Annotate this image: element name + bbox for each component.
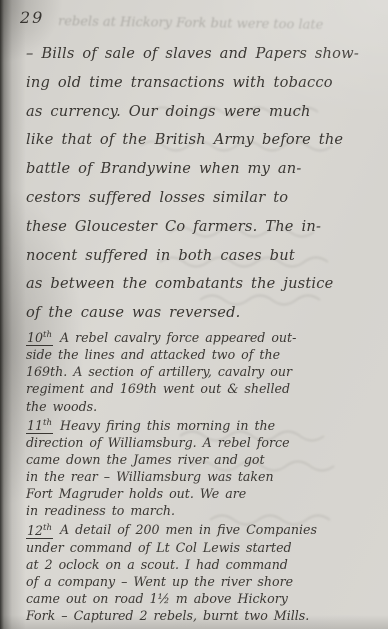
- page-number: 29: [20, 8, 44, 27]
- manuscript-line: as between the combatants the justice: [26, 270, 376, 299]
- manuscript-line: like that of the British Army before the: [26, 126, 376, 155]
- manuscript-line: as currency. Our doings were much: [26, 98, 376, 127]
- manuscript-line: cestors suffered losses similar to: [26, 184, 376, 213]
- bleedthrough-text: rebels at Hickory Fork but were too late: [58, 14, 323, 33]
- manuscript-line: came out on road 1½ m above Hickory: [26, 590, 378, 607]
- manuscript-line: Fort Magruder holds out. We are: [26, 485, 378, 502]
- manuscript-line: in readiness to march.: [26, 502, 378, 519]
- manuscript-line: – Bills of sale of slaves and Papers sho…: [26, 40, 376, 69]
- manuscript-line: nocent suffered in both cases but: [26, 242, 376, 271]
- manuscript-line: of the cause was reversed.: [26, 299, 376, 328]
- manuscript-line: in the rear – Williamsburg was taken: [26, 468, 378, 485]
- entry-day-label: 12th: [26, 523, 53, 539]
- manuscript-page: rebels at Hickory Fork but were too late…: [0, 0, 388, 629]
- diary-entries: 10thA rebel cavalry force appeared out-s…: [26, 327, 378, 624]
- manuscript-line: 10thA rebel cavalry force appeared out-: [26, 327, 378, 346]
- manuscript-line: of a company – Went up the river shore: [26, 573, 378, 590]
- entry-day-label: 11th: [26, 418, 53, 434]
- entry-day-label: 10th: [26, 330, 53, 346]
- manuscript-line: at 2 oclock on a scout. I had command: [26, 556, 378, 573]
- manuscript-line: ing old time transactions with tobacco: [26, 69, 376, 98]
- manuscript-line: 11thHeavy firing this morning in the: [26, 415, 378, 434]
- manuscript-line: direction of Williamsburg. A rebel force: [26, 434, 378, 451]
- manuscript-line: Fork – Captured 2 rebels, burnt two Mill…: [26, 607, 378, 624]
- manuscript-line: battle of Brandywine when my an-: [26, 155, 376, 184]
- manuscript-line: regiment and 169th went out & shelled: [26, 380, 378, 397]
- manuscript-line: came down the James river and got: [26, 451, 378, 468]
- manuscript-line: these Gloucester Co farmers. The in-: [26, 213, 376, 242]
- manuscript-line: under command of Lt Col Lewis started: [26, 539, 378, 556]
- manuscript-line: side the lines and attacked two of the: [26, 346, 378, 363]
- opening-paragraph: – Bills of sale of slaves and Papers sho…: [26, 40, 376, 328]
- manuscript-line: the woods.: [26, 398, 378, 415]
- manuscript-line: 169th. A section of artillery, cavalry o…: [26, 363, 378, 380]
- manuscript-line: 12thA detail of 200 men in five Companie…: [26, 519, 378, 538]
